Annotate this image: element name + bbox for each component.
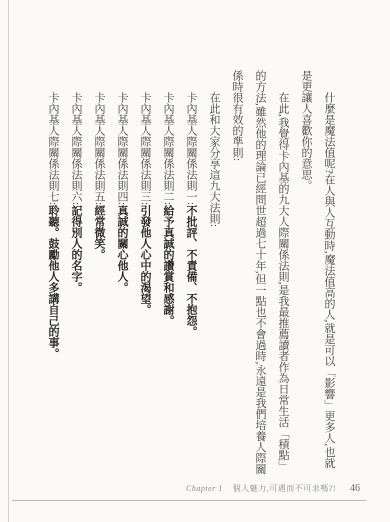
rule-emphasis-text: 給予真誠的讚賞和感謝。 <box>162 205 174 326</box>
rule-emphasis-text: 經常微笑。 <box>93 205 105 260</box>
paragraph-text: 卡內基人際關係法則四: <box>116 92 128 205</box>
rule-emphasis-text: 引發他人心中的渴望。 <box>139 205 151 315</box>
paragraph-text: 卡內基人際關係法則二: <box>162 92 174 205</box>
paragraph-text: 卡內基人際關係法則七: <box>47 92 59 205</box>
footer-chapter-label: Chapter 1 <box>186 484 223 493</box>
paragraph-text: 卡內基人際關係法則六: <box>70 92 82 205</box>
paragraph: 卡內基人際關係法則一:不批評、不責備、不抱怨。 <box>179 70 202 477</box>
paragraph-text: 卡內基人際關係法則一: <box>185 92 197 205</box>
page-left-edge-shadow <box>8 0 9 522</box>
book-page: 什麼是魔法值呢?在人與人互動時,魔法值高的人,就是可以「影響」更多人,也就是更讓… <box>0 0 390 522</box>
page-footer: Chapter 1 個人魅力,可遇而不可求嗎?! 46 <box>186 483 360 494</box>
paragraph-text: 卡內基人際關係法則五: <box>93 92 105 205</box>
paragraph-text: 在此和大家分享這九大法則: <box>208 92 220 227</box>
paragraph: 在此和大家分享這九大法則: <box>202 70 225 477</box>
paragraph: 卡內基人際關係法則七:聆聽。鼓勵他人多講自己的事。 <box>41 70 64 477</box>
paragraph-text: 卡內基人際關係法則三: <box>139 92 151 205</box>
paragraph: 在此,我覺得卡內基的九大人際關係法則,是我最推薦讀者作為日常生活「積點」的方法,… <box>225 70 294 477</box>
rule-emphasis-text: 聆聽。鼓勵他人多講自己的事。 <box>47 205 59 359</box>
paragraph: 卡內基人際關係法則二:給予真誠的讚賞和感謝。 <box>156 70 179 477</box>
footer-page-number: 46 <box>350 483 360 494</box>
rule-emphasis-text: 真誠的關心他人。 <box>116 205 128 293</box>
paragraph: 卡內基人際關係法則四:真誠的關心他人。 <box>110 70 133 477</box>
paragraph: 卡內基人際關係法則五:經常微笑。 <box>87 70 110 477</box>
footer-rule <box>12 500 366 501</box>
paragraph: 卡內基人際關係法則六:記得別人的名字。 <box>64 70 87 477</box>
body-text: 什麼是魔法值呢?在人與人互動時,魔法值高的人,就是可以「影響」更多人,也就是更讓… <box>38 70 340 477</box>
paragraph-text: 在此,我覺得卡內基的九大人際關係法則,是我最推薦讀者作為日常生活「積點」的方法,… <box>231 70 289 474</box>
rule-emphasis-text: 不批評、不責備、不抱怨。 <box>185 205 197 337</box>
rule-emphasis-text: 記得別人的名字。 <box>70 205 82 293</box>
paragraph-text: 什麼是魔法值呢?在人與人互動時,魔法值高的人,就是可以「影響」更多人,也就是更讓… <box>300 70 335 468</box>
footer-chapter-title: 個人魅力,可遇而不可求嗎?! <box>233 483 336 494</box>
paragraph: 什麼是魔法值呢?在人與人互動時,魔法值高的人,就是可以「影響」更多人,也就是更讓… <box>294 70 340 477</box>
paragraph: 卡內基人際關係法則三:引發他人心中的渴望。 <box>133 70 156 477</box>
